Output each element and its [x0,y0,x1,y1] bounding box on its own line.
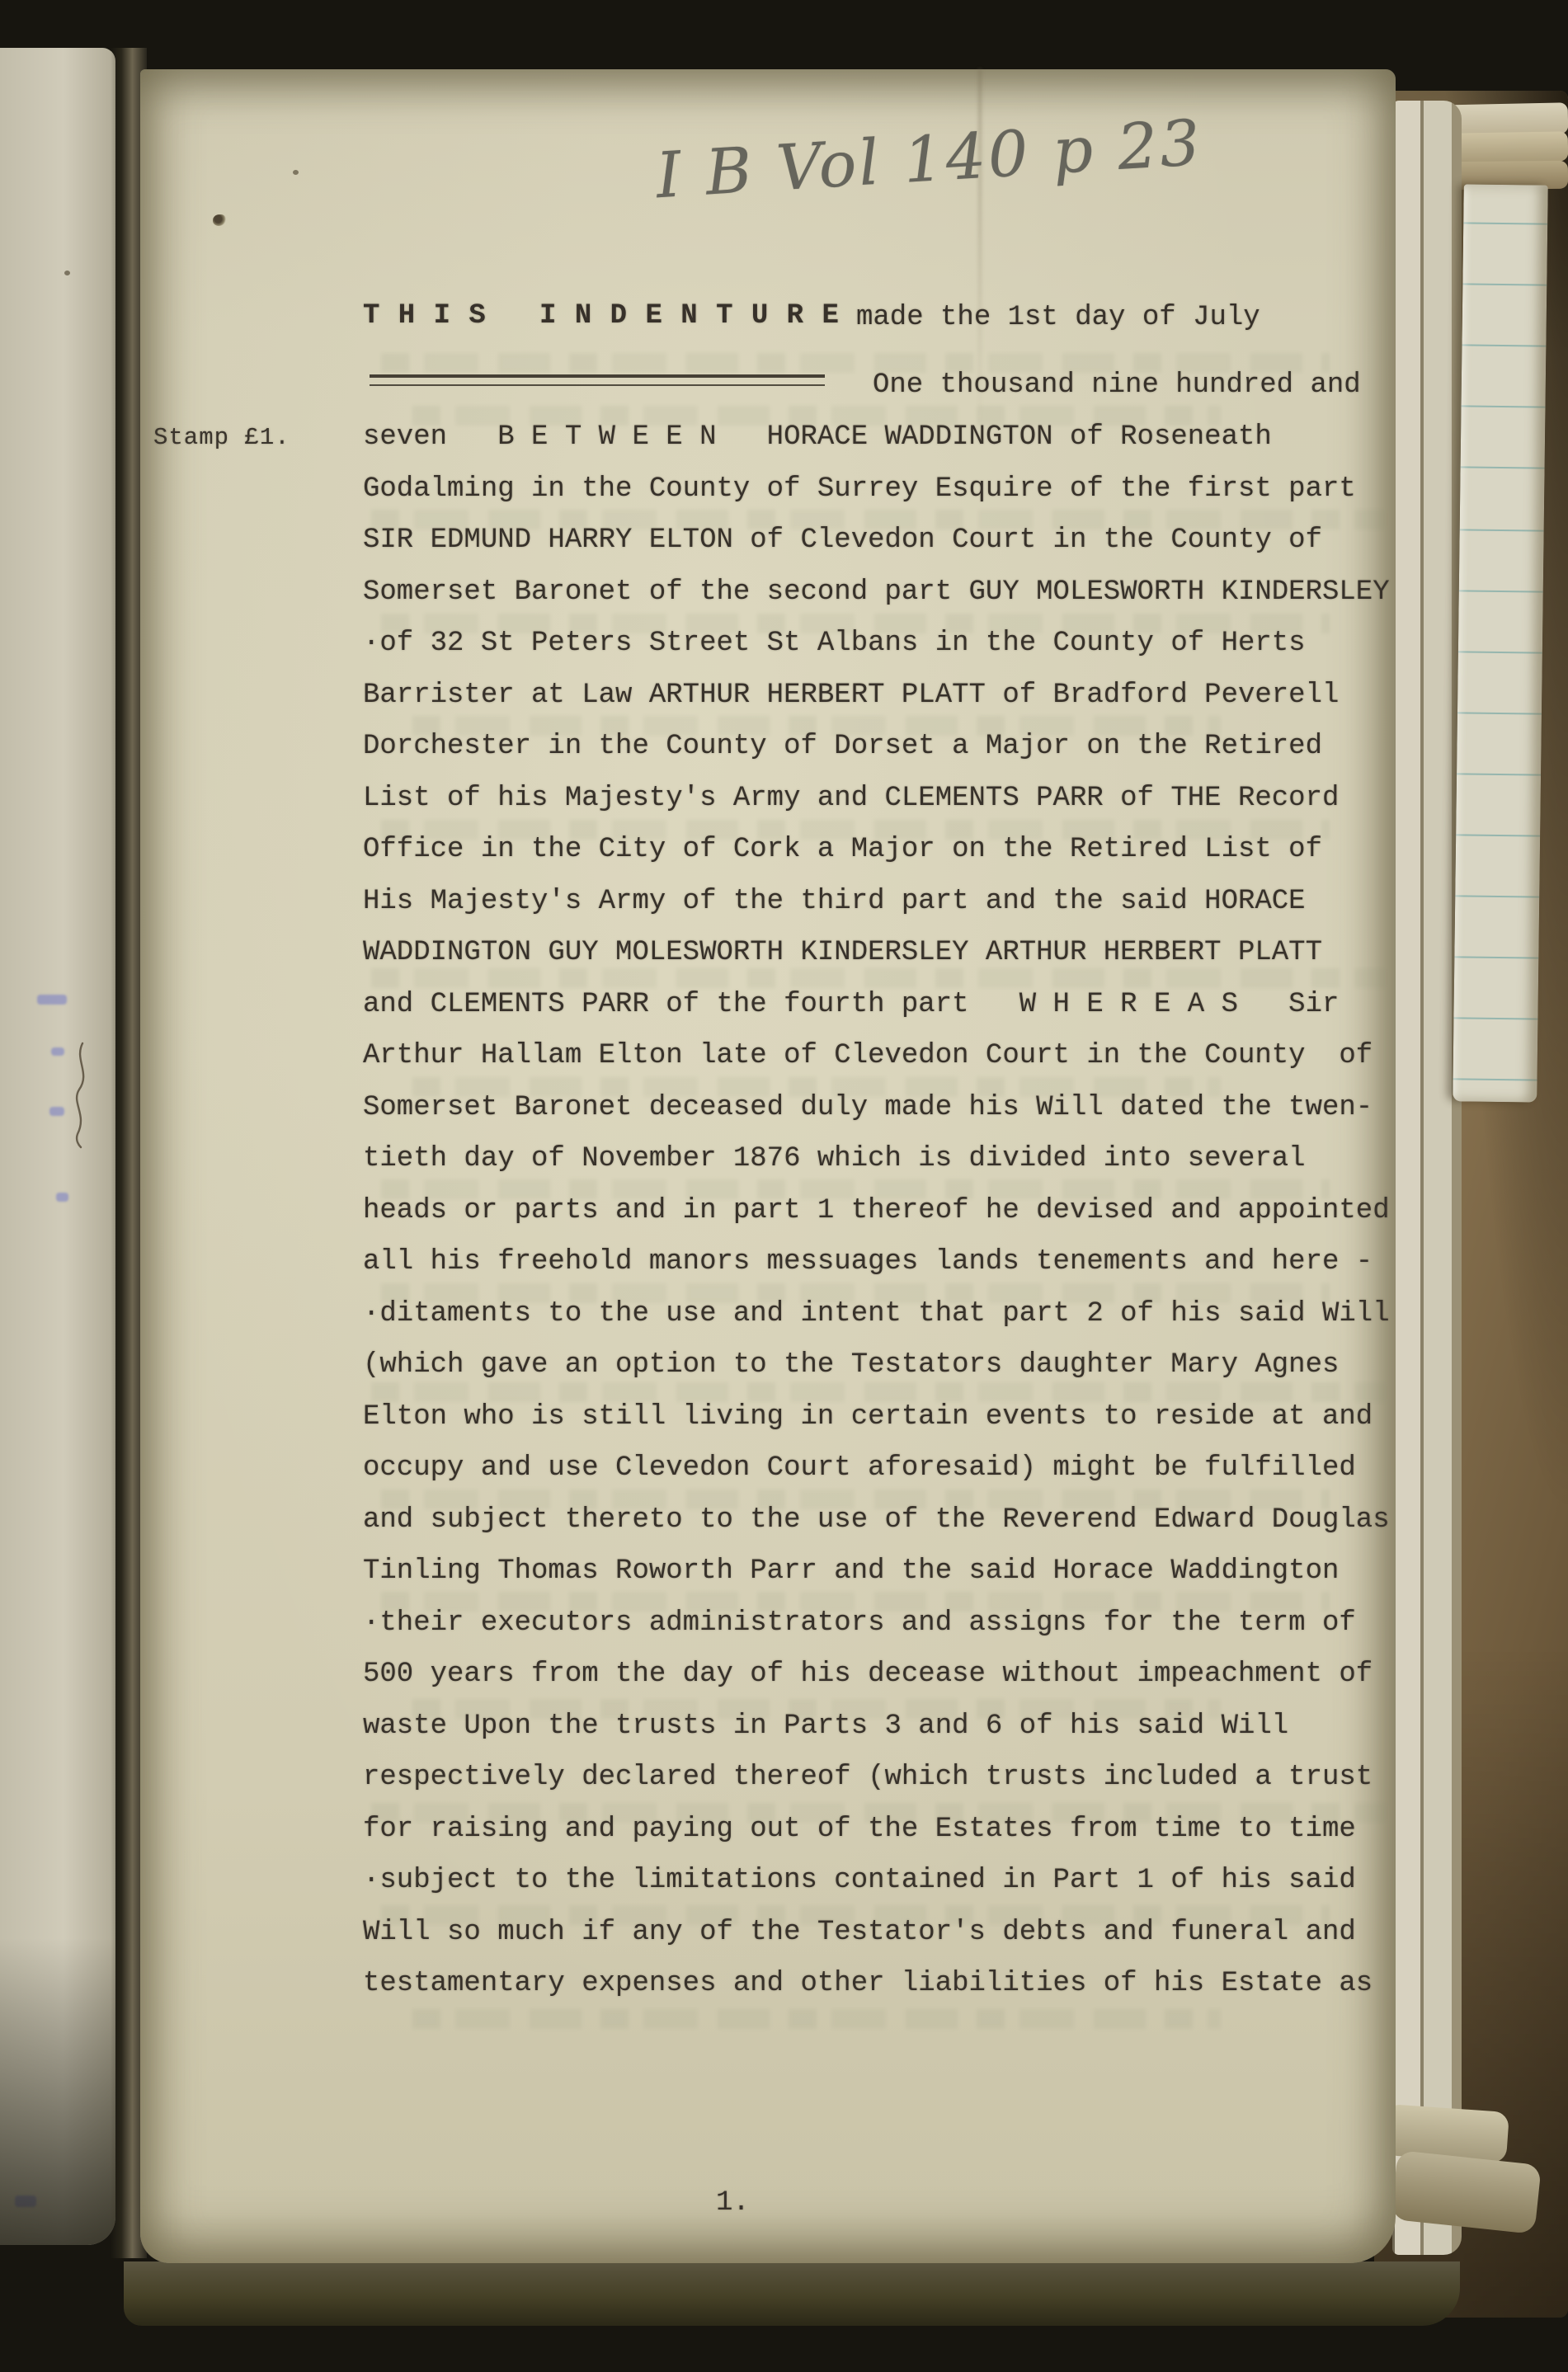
indenture-heading: T H I S I N D E N T U R E [363,302,840,330]
left-edge-shadow [0,1938,115,2245]
body-line: all his freehold manors messuages lands … [363,1248,1373,1276]
previous-page-edge [0,48,115,2245]
body-line: occupy and use Clevedon Court aforesaid)… [363,1454,1356,1482]
body-line: Somerset Baronet of the second part GUY … [363,578,1390,606]
book-block-bottom-edge [124,2261,1460,2326]
ink-speck [293,170,299,175]
body-line: heads or parts and in part 1 thereof he … [363,1197,1390,1225]
body-line: and CLEMENTS PARR of the fourth part W H… [363,991,1339,1019]
body-line: His Majesty's Army of the third part and… [363,887,1306,915]
blue-pencil-mark [51,1047,64,1056]
page-number: 1. [716,2189,750,2217]
body-line: WADDINGTON GUY MOLESWORTH KINDERSLEY ART… [363,939,1322,967]
stamp-margin-note: Stamp £1. [153,426,290,449]
body-line: for raising and paying out of the Estate… [363,1815,1356,1843]
body-line: ·their executors administrators and assi… [363,1609,1356,1637]
year-continuation-text: One thousand nine hundred and [873,371,1361,399]
body-line: ·ditaments to the use and intent that pa… [363,1300,1390,1328]
body-line: Tinling Thomas Roworth Parr and the said… [363,1557,1339,1585]
body-line: Will so much if any of the Testator's de… [363,1918,1356,1946]
document-page: T H I S I N D E N T U R E made the 1st d… [140,69,1396,2263]
body-line: seven B E T W E E N HORACE WADDINGTON of… [363,423,1272,451]
ink-squiggle-mark [69,1042,97,1149]
body-line: Arthur Hallam Elton late of Clevedon Cou… [363,1042,1373,1070]
body-line: ·subject to the limitations contained in… [363,1866,1356,1894]
ink-speck [64,271,70,275]
blue-pencil-mark [49,1107,64,1116]
body-line: Barrister at Law ARTHUR HERBERT PLATT of… [363,681,1339,709]
underlying-page-edges [1392,101,1462,2255]
body-line: Elton who is still living in certain eve… [363,1403,1373,1431]
lined-paper-slip [1453,184,1548,1102]
body-line: tieth day of November 1876 which is divi… [363,1145,1306,1173]
body-line: List of his Majesty's Army and CLEMENTS … [363,784,1339,812]
body-line: Godalming in the County of Surrey Esquir… [363,475,1356,503]
body-line: waste Upon the trusts in Parts 3 and 6 o… [363,1712,1288,1740]
body-line: Somerset Baronet deceased duly made his … [363,1094,1373,1122]
body-line: (which gave an option to the Testators d… [363,1351,1339,1379]
bleed-through-texture [371,968,1386,988]
bleed-through-texture [371,1382,1386,1402]
body-line: Dorchester in the County of Dorset a Maj… [363,732,1322,760]
body-line: 500 years from the day of his decease wi… [363,1660,1373,1688]
blue-pencil-mark [37,995,67,1005]
body-line: testamentary expenses and other liabilit… [363,1970,1373,1998]
blue-pencil-mark [56,1193,68,1202]
body-line: respectively declared thereof (which tru… [363,1763,1373,1791]
body-line: SIR EDMUND HARRY ELTON of Clevedon Court… [363,526,1322,554]
body-line: Office in the City of Cork a Major on th… [363,835,1322,864]
paper-blemish [213,214,226,226]
scanned-indenture-photo: T H I S I N D E N T U R E made the 1st d… [0,0,1568,2372]
body-line: ·of 32 St Peters Street St Albans in the… [363,629,1306,657]
indenture-heading-date: made the 1st day of July [856,304,1260,332]
body-line: and subject thereto to the use of the Re… [363,1506,1390,1534]
bleed-through-texture [412,2009,1221,2029]
double-underline-rule [370,374,825,386]
